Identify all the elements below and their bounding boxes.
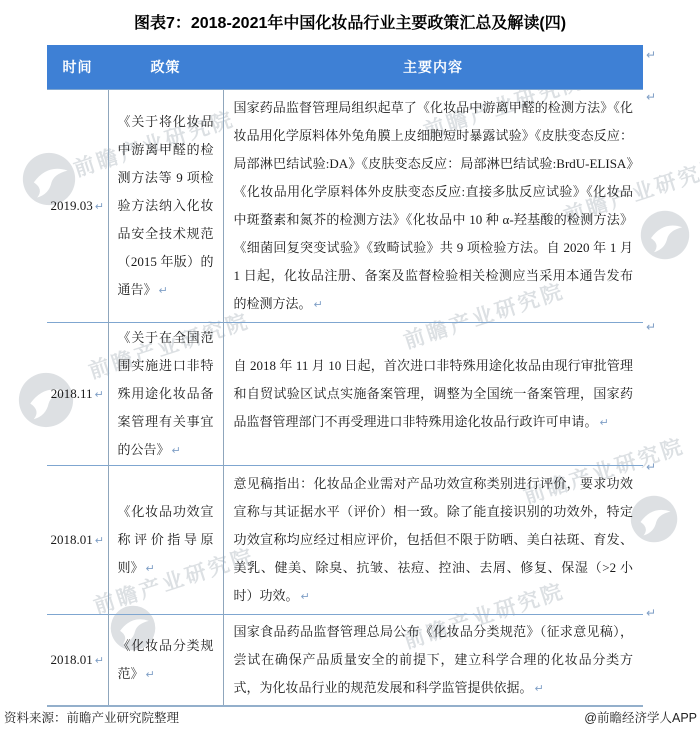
table-row: 2018.11↵ 《关于在全国范围实施进口非特殊用途化妆品备案管理有关事宜的公告… <box>47 323 643 466</box>
qianzhan-logo-icon <box>640 210 690 260</box>
content-text: 国家药品监督管理局组织起草了《化妆品中游离甲醛的检测方法》《化妆品用化学原料体外… <box>234 100 634 311</box>
row-end-mark-icon: ↵ <box>646 90 656 104</box>
source-note: 资料来源：前瞻产业研究院整理 <box>4 708 179 726</box>
time-cell: 2018.01↵ <box>47 466 108 615</box>
policy-title: 《关于在全国范围实施进口非特殊用途化妆品备案管理有关事宜的公告》 <box>118 330 214 457</box>
policy-cell: 《关于将化妆品中游离甲醛的检测方法等 9 项检验方法纳入化妆品安全技术规范（20… <box>108 90 223 323</box>
policy-title: 《关于将化妆品中游离甲醛的检测方法等 9 项检验方法纳入化妆品安全技术规范（20… <box>118 114 214 297</box>
time-value: 2018.01 <box>51 532 93 547</box>
policy-title: 《化妆品功效宣称评价指导原则》 <box>118 504 214 575</box>
time-cell: 2018.01↵ <box>47 615 108 707</box>
page-title: 图表7：2018-2021年中国化妆品行业主要政策汇总及解读(四) <box>0 10 700 33</box>
content-cell: 自 2018 年 11 月 10 日起，首次进口非特殊用途化妆品由现行审批管理和… <box>223 323 643 466</box>
row-end-mark-icon: ↵ <box>646 320 656 334</box>
table-row: 2018.01↵ 《化妆品分类规范》↵ 国家食品药品监督管理总局公布《化妆品分类… <box>47 615 643 707</box>
paragraph-mark-icon: ↵ <box>146 562 155 575</box>
credit-note: @前瞻经济学人APP <box>584 708 697 726</box>
content-text: 自 2018 年 11 月 10 日起，首次进口非特殊用途化妆品由现行审批管理和… <box>234 358 634 429</box>
policy-table-wrapper: 时间 政策 主要内容 2019.03↵ 《关于将化妆品中游离甲醛的检测方法等 9… <box>47 45 643 707</box>
policy-cell: 《化妆品功效宣称评价指导原则》↵ <box>108 466 223 615</box>
time-cell: 2018.11↵ <box>47 323 108 466</box>
paragraph-mark-icon: ↵ <box>146 668 155 681</box>
content-cell: 国家食品药品监督管理总局公布《化妆品分类规范》（征求意见稿），尝试在确保产品质量… <box>223 615 643 707</box>
row-end-mark-icon: ↵ <box>646 460 656 474</box>
time-value: 2018.11 <box>51 386 93 401</box>
policy-title: 《化妆品分类规范》 <box>118 638 214 681</box>
paragraph-mark-icon: ↵ <box>95 534 104 547</box>
table-row: 2018.01↵ 《化妆品功效宣称评价指导原则》↵ 意见稿指出：化妆品企业需对产… <box>47 466 643 615</box>
table-row: 2019.03↵ 《关于将化妆品中游离甲醛的检测方法等 9 项检验方法纳入化妆品… <box>47 90 643 323</box>
time-value: 2018.01 <box>51 652 93 667</box>
policy-cell: 《化妆品分类规范》↵ <box>108 615 223 707</box>
paragraph-mark-icon: ↵ <box>95 654 104 667</box>
paragraph-mark-icon: ↵ <box>301 590 310 603</box>
policy-cell: 《关于在全国范围实施进口非特殊用途化妆品备案管理有关事宜的公告》↵ <box>108 323 223 466</box>
content-cell: 国家药品监督管理局组织起草了《化妆品中游离甲醛的检测方法》《化妆品用化学原料体外… <box>223 90 643 323</box>
paragraph-mark-icon: ↵ <box>159 284 168 297</box>
paragraph-mark-icon: ↵ <box>535 682 544 695</box>
policy-table: 时间 政策 主要内容 2019.03↵ 《关于将化妆品中游离甲醛的检测方法等 9… <box>47 45 643 707</box>
content-cell: 意见稿指出：化妆品企业需对产品功效宣称类别进行评价，要求功效宣称与其证据水平（评… <box>223 466 643 615</box>
content-text: 国家食品药品监督管理总局公布《化妆品分类规范》（征求意见稿），尝试在确保产品质量… <box>234 624 634 695</box>
header-cell-content: 主要内容 <box>223 45 643 90</box>
header-cell-time: 时间 <box>47 45 108 90</box>
time-cell: 2019.03↵ <box>47 90 108 323</box>
header-cell-policy: 政策 <box>108 45 223 90</box>
row-end-mark-icon: ↵ <box>646 48 656 62</box>
time-value: 2019.03 <box>51 198 93 213</box>
paragraph-mark-icon: ↵ <box>95 200 104 213</box>
content-text: 意见稿指出：化妆品企业需对产品功效宣称类别进行评价，要求功效宣称与其证据水平（评… <box>234 476 634 603</box>
paragraph-mark-icon: ↵ <box>95 388 104 401</box>
header-row: 时间 政策 主要内容 <box>47 45 643 90</box>
paragraph-mark-icon: ↵ <box>600 416 609 429</box>
paragraph-mark-icon: ↵ <box>314 298 323 311</box>
row-end-mark-icon: ↵ <box>646 606 656 620</box>
paragraph-mark-icon: ↵ <box>172 444 181 457</box>
